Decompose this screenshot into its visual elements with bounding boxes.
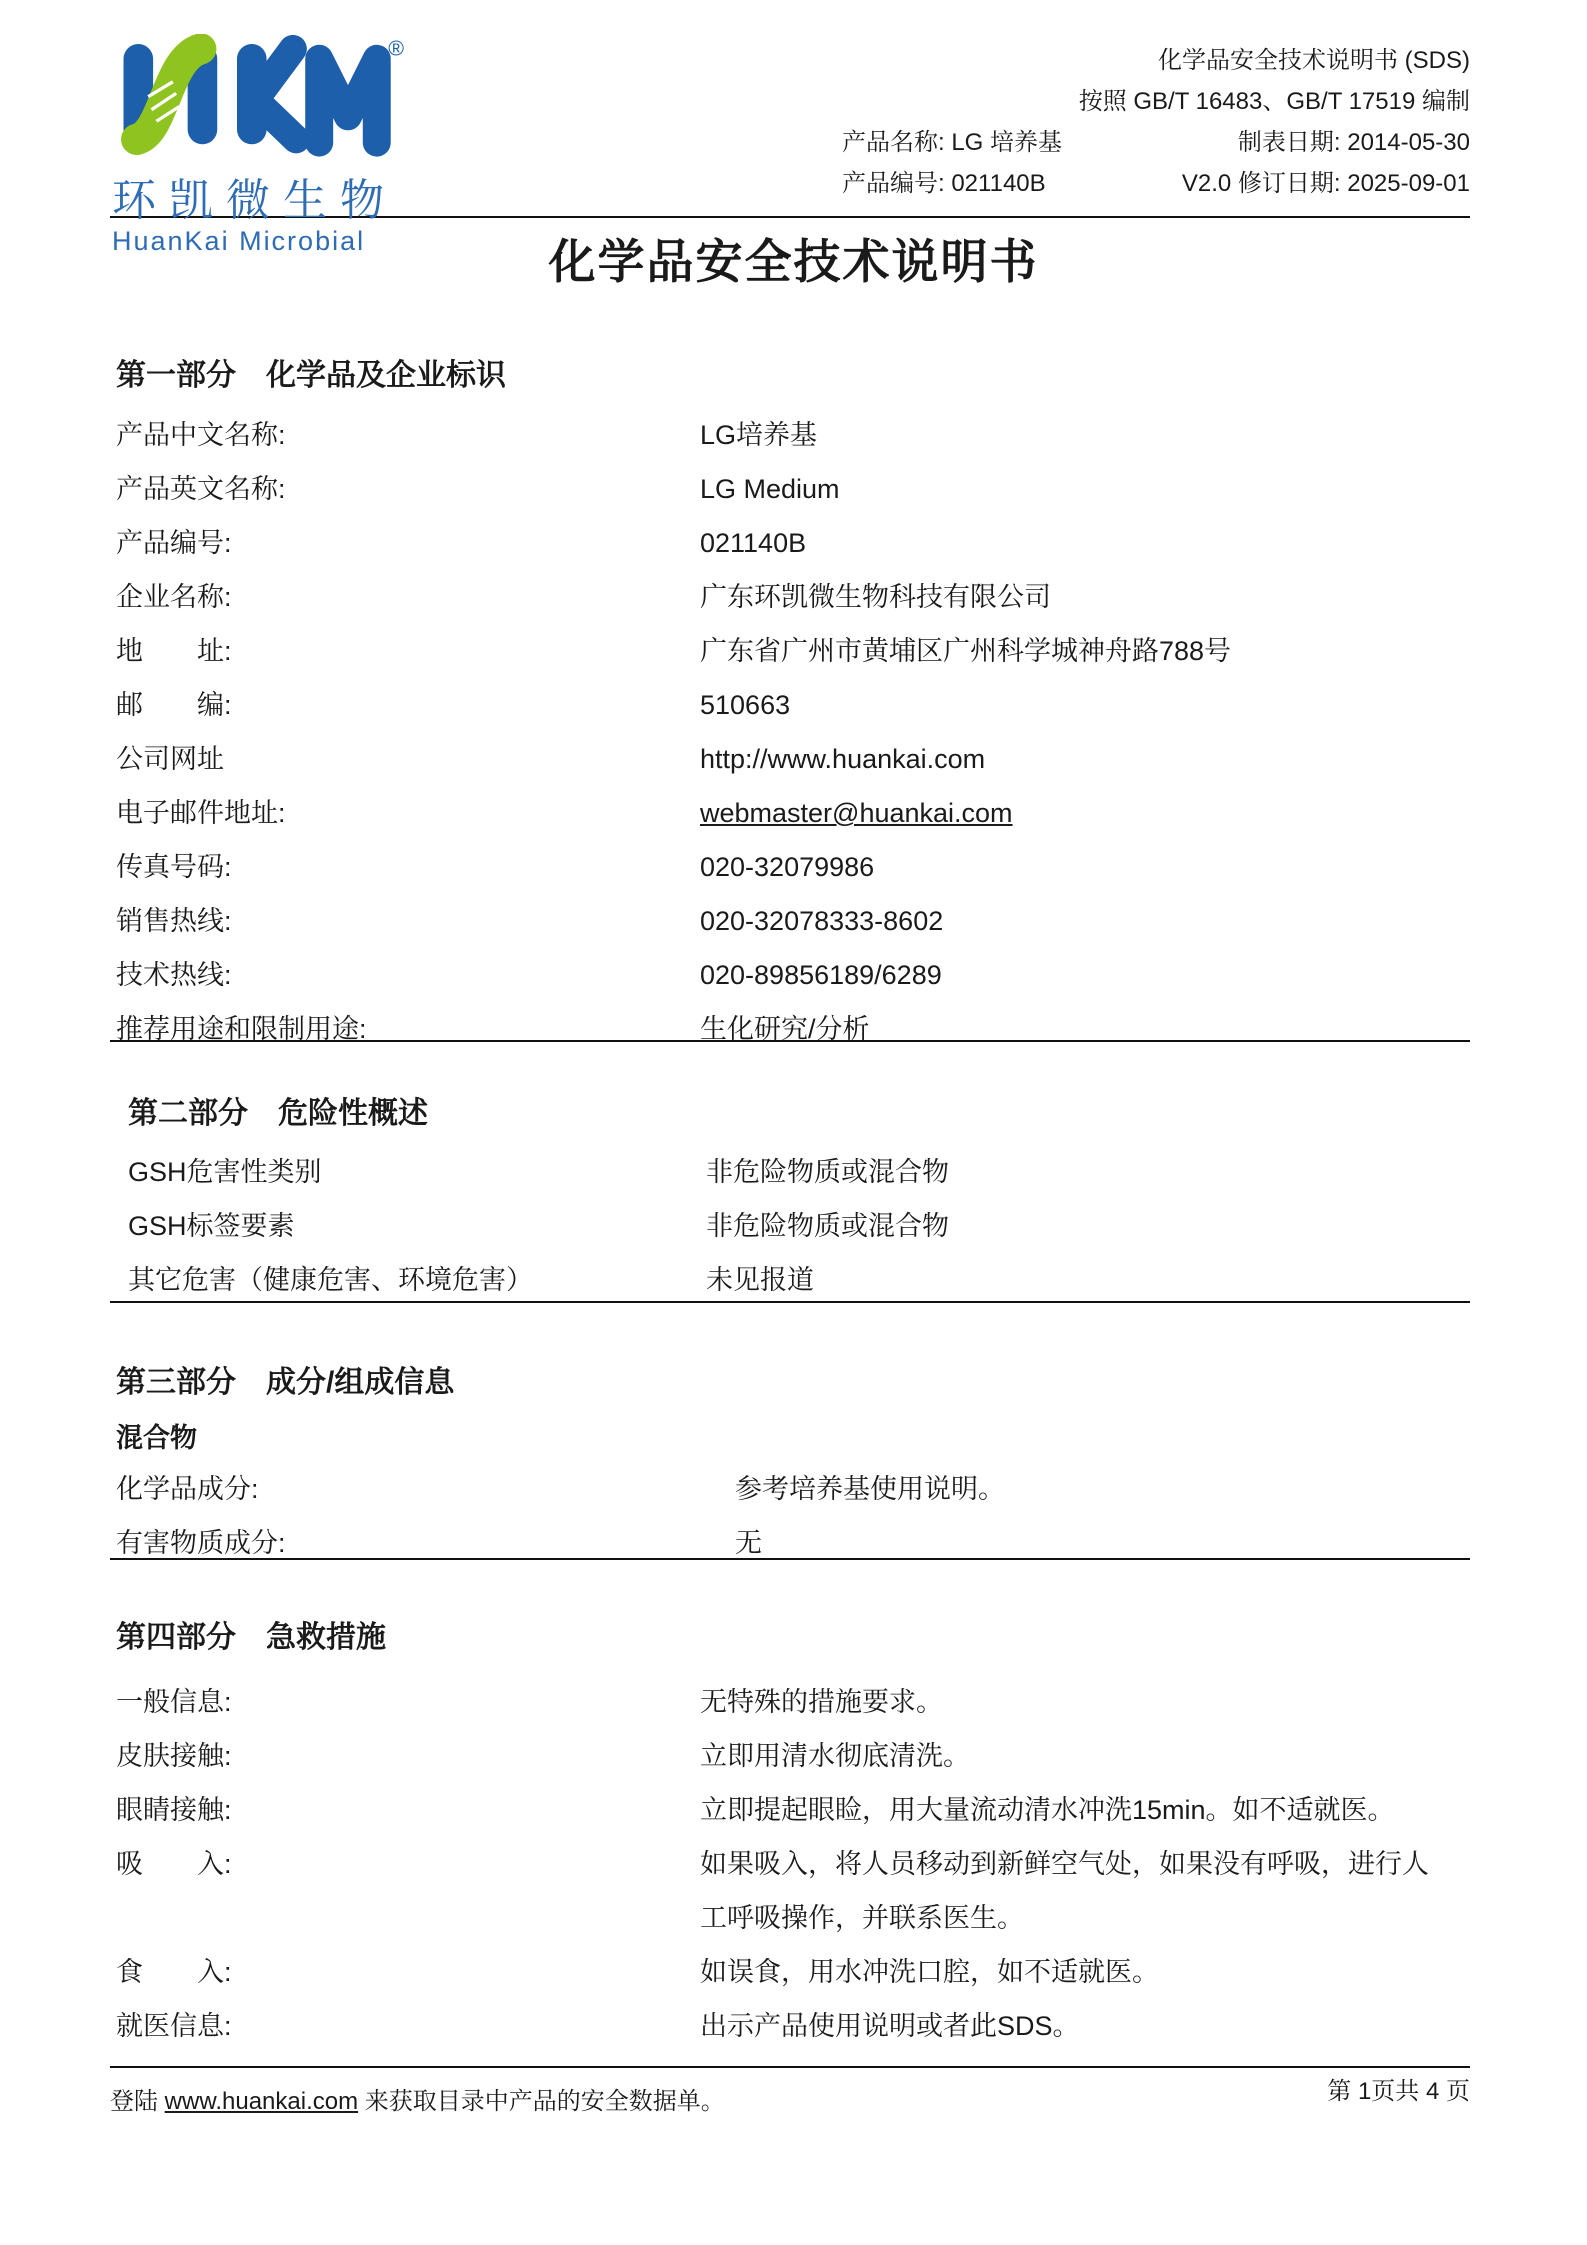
section-composition: 第三部分 成分/组成信息 混合物 化学品成分:参考培养基使用说明。 有害物质成分…	[110, 1363, 1470, 1560]
field-row: 化学品成分:参考培养基使用说明。	[110, 1462, 1470, 1516]
company-name-cn: 环凯微生物	[112, 176, 412, 226]
hkm-logo-icon: ®	[112, 34, 408, 174]
field-row: 吸 入: 如果吸入，将人员移动到新鲜空气处，如果没有呼吸，进行人 工呼吸操作，并…	[110, 1837, 1470, 1945]
field-row: GSH标签要素非危险物质或混合物	[110, 1199, 1470, 1253]
field-row: 公司网址http://www.huankai.com	[110, 732, 1470, 786]
field-row: 地 址:广东省广州市黄埔区广州科学城神舟路788号	[110, 624, 1470, 678]
field-row: 产品中文名称:LG培养基	[110, 408, 1470, 462]
field-row: 有害物质成分:无	[110, 1516, 1470, 1570]
sds-document-page: ® 环凯微生物 HuanKai Microbial 化学品安全技术说明书 (SD…	[0, 0, 1587, 2245]
field-row: 其它危害（健康危害、环境危害）未见报道	[110, 1253, 1470, 1307]
doc-standard: 按照 GB/T 16483、GB/T 17519 编制	[842, 81, 1470, 122]
page-number: 第 1页共 4 页	[1327, 2068, 1470, 2106]
field-row: 技术热线:020-89856189/6289	[110, 948, 1470, 1002]
field-row: 食 入:如误食，用水冲洗口腔，如不适就医。	[110, 1945, 1470, 1999]
section-first-aid: 第四部分 急救措施 一般信息:无特殊的措施要求。 皮肤接触:立即用清水彻底清洗。…	[110, 1618, 1470, 2053]
field-row: 产品编号:021140B	[110, 516, 1470, 570]
field-row: 邮 编:510663	[110, 678, 1470, 732]
email-link[interactable]: webmaster@huankai.com	[700, 798, 1013, 828]
field-row: 传真号码:020-32079986	[110, 840, 1470, 894]
section-identification: 第一部分 化学品及企业标识 产品中文名称:LG培养基 产品英文名称:LG Med…	[110, 356, 1470, 1042]
field-row: GSH危害性类别非危险物质或混合物	[110, 1145, 1470, 1199]
company-logo: ® 环凯微生物 HuanKai Microbial	[112, 34, 412, 256]
registered-mark-icon: ®	[388, 36, 404, 60]
section-1-heading: 第一部分 化学品及企业标识	[110, 356, 1470, 396]
product-code: 产品编号: 021140B	[842, 163, 1046, 204]
company-name-en: HuanKai Microbial	[112, 226, 412, 256]
section-2-heading: 第二部分 危险性概述	[110, 1094, 1470, 1134]
footer-text-prefix: 登陆	[110, 2088, 165, 2115]
website-url: http://www.huankai.com	[700, 732, 1470, 786]
product-name: 产品名称: LG 培养基	[842, 122, 1062, 163]
field-row: 企业名称:广东环凯微生物科技有限公司	[110, 570, 1470, 624]
field-row: 眼睛接触:立即提起眼睑，用大量流动清水冲洗15min。如不适就医。	[110, 1783, 1470, 1837]
document-header: ® 环凯微生物 HuanKai Microbial 化学品安全技术说明书 (SD…	[0, 0, 1587, 210]
section-3-heading: 第三部分 成分/组成信息	[110, 1363, 1470, 1403]
created-date: 制表日期: 2014-05-30	[1238, 122, 1470, 163]
section-4-heading: 第四部分 急救措施	[110, 1618, 1470, 1658]
footer-website-link[interactable]: www.huankai.com	[165, 2088, 358, 2115]
document-meta: 化学品安全技术说明书 (SDS) 按照 GB/T 16483、GB/T 1751…	[842, 34, 1470, 204]
revision-date: V2.0 修订日期: 2025-09-01	[1182, 163, 1470, 204]
field-row: 皮肤接触:立即用清水彻底清洗。	[110, 1729, 1470, 1783]
page-footer: 登陆 www.huankai.com 来获取目录中产品的安全数据单。 第 1页共…	[110, 2066, 1470, 2116]
field-row: 就医信息:出示产品使用说明或者此SDS。	[110, 1999, 1470, 2053]
field-row: 产品英文名称:LG Medium	[110, 462, 1470, 516]
mixture-subheading: 混合物	[110, 1411, 1470, 1465]
field-row: 一般信息:无特殊的措施要求。	[110, 1675, 1470, 1729]
doc-type: 化学品安全技术说明书 (SDS)	[842, 40, 1470, 81]
footer-text-suffix: 来获取目录中产品的安全数据单。	[358, 2088, 725, 2115]
section-hazards: 第二部分 危险性概述 GSH危害性类别非危险物质或混合物 GSH标签要素非危险物…	[110, 1094, 1470, 1303]
document-body: 第一部分 化学品及企业标识 产品中文名称:LG培养基 产品英文名称:LG Med…	[0, 356, 1587, 2053]
field-row: 电子邮件地址:webmaster@huankai.com	[110, 786, 1470, 840]
field-row: 推荐用途和限制用途:生化研究/分析	[110, 1002, 1470, 1056]
field-row: 销售热线:020-32078333-8602	[110, 894, 1470, 948]
